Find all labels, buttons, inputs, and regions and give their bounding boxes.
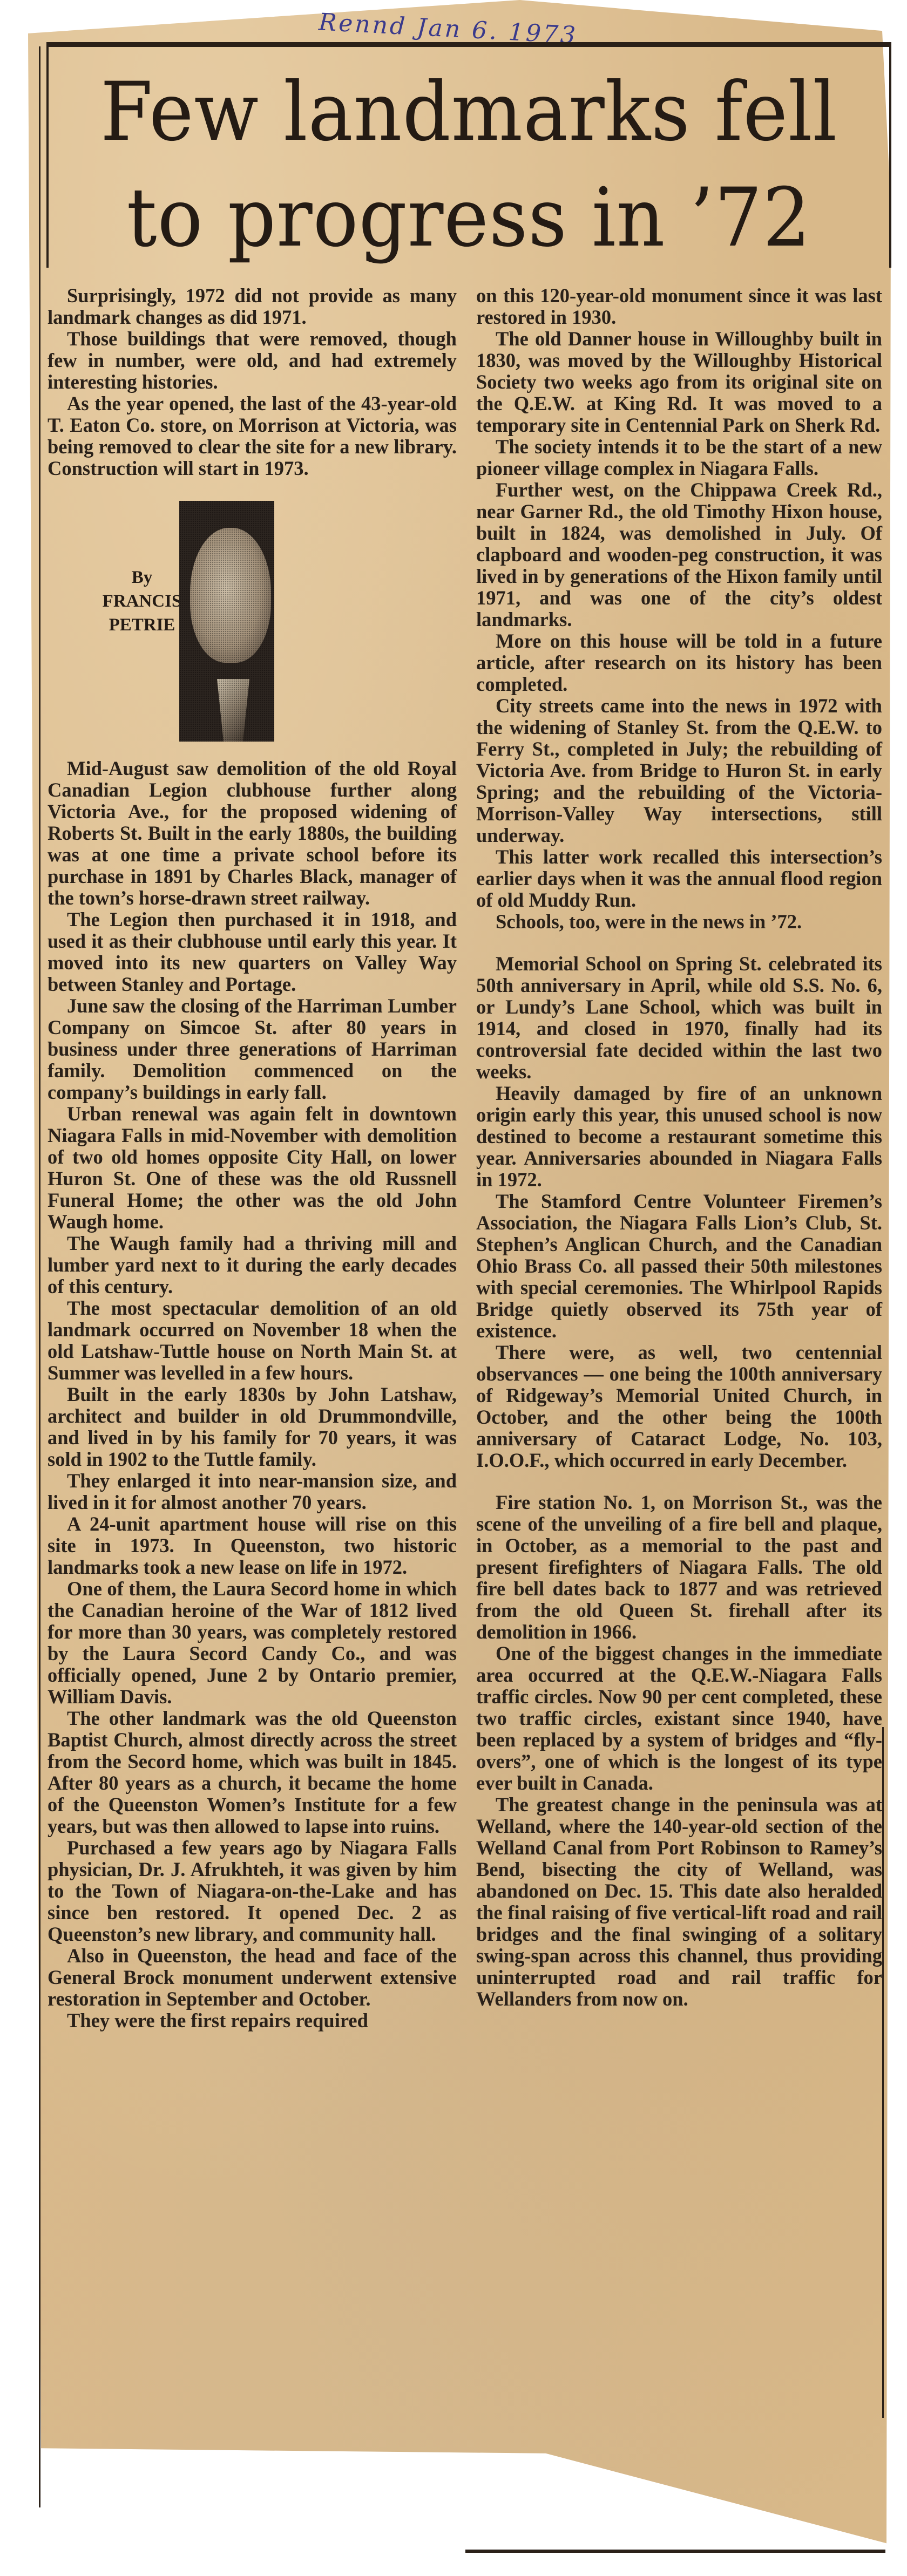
paragraph: Surprisingly, 1972 did not provide as ma… (48, 285, 457, 328)
paragraph: As the year opened, the last of the 43-y… (48, 393, 457, 479)
paragraph: Built in the early 1830s by John Latshaw… (48, 1384, 457, 1470)
paragraph: The Stamford Centre Volunteer Firemen’s … (476, 1191, 882, 1342)
paragraph: More on this house will be told in a fut… (476, 630, 882, 695)
byline-first-name: FRANCIS (96, 589, 188, 613)
paragraph: Further west, on the Chippawa Creek Rd.,… (476, 479, 882, 630)
paragraph: June saw the closing of the Harriman Lum… (48, 995, 457, 1103)
paragraph: The old Danner house in Willoughby built… (476, 328, 882, 436)
right-border-rule (882, 1727, 884, 2418)
paragraph: Those buildings that were removed, thoug… (48, 328, 457, 393)
left-column: Surprisingly, 1972 did not provide as ma… (48, 285, 457, 2031)
paragraph: City streets came into the news in 1972 … (476, 695, 882, 846)
paragraph: The greatest change in the peninsula was… (476, 1794, 882, 2010)
paragraph: Fire station No. 1, on Morrison St., was… (476, 1492, 882, 1643)
paragraph: Mid-August saw demolition of the old Roy… (48, 758, 457, 909)
paragraph: There were, as well, two centennial obse… (476, 1342, 882, 1471)
headline-line-1: Few landmarks fell (76, 59, 862, 165)
left-border-rule (39, 46, 40, 2507)
headline: Few landmarks fell to progress in ’72 (76, 59, 862, 271)
bottom-border-rule (465, 2550, 885, 2553)
paragraph: The society intends it to be the start o… (476, 436, 882, 479)
paragraph: One of the biggest changes in the immedi… (476, 1643, 882, 1794)
paragraph-continued: on this 120-year-old monument since it w… (476, 285, 882, 328)
paragraph: They were the first repairs required (48, 2010, 457, 2031)
halftone-overlay (179, 501, 274, 742)
byline-last-name: PETRIE (96, 613, 188, 637)
author-photo (179, 501, 274, 742)
headline-line-2: to progress in ’72 (76, 165, 862, 271)
byline-block: By FRANCIS PETRIE (48, 501, 457, 744)
paragraph: The Waugh family had a thriving mill and… (48, 1233, 457, 1297)
paragraph: The other landmark was the old Queenston… (48, 1708, 457, 1837)
paragraph: A 24-unit apartment house will rise on t… (48, 1513, 457, 1578)
paragraph: The most spectacular demolition of an ol… (48, 1297, 457, 1384)
paragraph: Urban renewal was again felt in downtown… (48, 1103, 457, 1233)
byline: By FRANCIS PETRIE (96, 566, 188, 637)
paragraph: Purchased a few years ago by Niagara Fal… (48, 1837, 457, 1945)
paragraph: Also in Queenston, the head and face of … (48, 1945, 457, 2010)
paragraph: One of them, the Laura Secord home in wh… (48, 1578, 457, 1708)
paragraph: Heavily damaged by fire of an unknown or… (476, 1083, 882, 1191)
paragraph: This latter work recalled this intersect… (476, 846, 882, 911)
right-column: on this 120-year-old monument since it w… (476, 285, 882, 2010)
paragraph: They enlarged it into near-mansion size,… (48, 1470, 457, 1513)
paragraph: The Legion then purchased it in 1918, an… (48, 909, 457, 995)
paragraph: Memorial School on Spring St. celebrated… (476, 953, 882, 1083)
paragraph: Schools, too, were in the news in ’72. (476, 911, 882, 933)
byline-prefix: By (96, 566, 188, 589)
